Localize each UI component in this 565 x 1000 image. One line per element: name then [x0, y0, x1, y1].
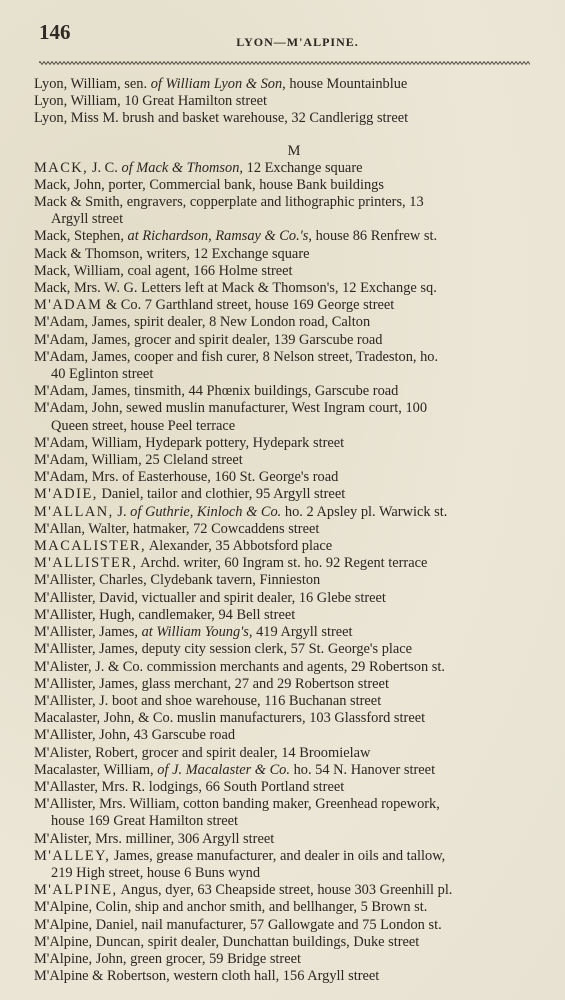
entry-rest: 10 Great Hamilton street — [124, 93, 267, 109]
entry-name: M'Allister, Mrs. William, — [34, 796, 179, 812]
entry-pre: J. C. — [92, 160, 118, 176]
entry-name: M'Allaster, Mrs. R. — [34, 779, 145, 795]
entry-name: M'ALLISTER, — [34, 555, 137, 571]
entry-rest: commission merchants and agents, 29 Robe… — [147, 659, 445, 675]
entry-name: M'Adam, John, — [34, 400, 123, 416]
entry-rest: brush and basket warehouse, 32 Candlerig… — [122, 110, 408, 126]
entry-name: M'ALPINE, — [34, 882, 118, 898]
entry-name: Lyon, William, — [34, 93, 121, 109]
directory-entry: Macalaster, John, & Co. muslin manufactu… — [34, 710, 534, 727]
entry-name: M'ADIE, — [34, 486, 98, 502]
entry-rest: Daniel, tailor and clothier, 95 Argyll s… — [101, 486, 345, 502]
directory-entry: Lyon, William, 10 Great Hamilton street — [34, 93, 534, 110]
entry-name: Mack, Stephen, — [34, 228, 124, 244]
directory-entry: M'Allister, J. boot and shoe warehouse, … — [34, 693, 534, 710]
entry-rest: victualler and spirit dealer, 16 Glebe s… — [142, 590, 386, 606]
directory-entry: Mack, William, coal agent, 166 Holme str… — [34, 263, 534, 280]
entry-rest: nail manufacturer, 57 Gallowgate and 75 … — [141, 917, 441, 933]
directory-entry: Mack, John, porter, Commercial bank, hou… — [34, 177, 534, 194]
entry-name: Lyon, William, sen. — [34, 76, 147, 92]
entry-name: MACALISTER, — [34, 538, 146, 554]
entry-italic: of William Lyon & Son, — [151, 76, 286, 92]
entry-name: M'Adam, James, — [34, 314, 131, 330]
entry-italic: at Richardson, Ramsay & Co.'s, — [128, 228, 312, 244]
entry-rest: grocer and spirit dealer, 14 Broomielaw — [142, 745, 371, 761]
running-head: LYON—M'ALPINE. — [0, 35, 565, 50]
directory-entry: M'Allaster, Mrs. R. lodgings, 66 South P… — [34, 779, 534, 796]
directory-entry: Macalaster, William, of J. Macalaster & … — [34, 762, 534, 779]
directory-entry: M'Alpine, Colin, ship and anchor smith, … — [34, 899, 534, 916]
entry-name: M'Allister, James, — [34, 676, 138, 692]
directory-entry: M'Alpine, Duncan, spirit dealer, Dunchat… — [34, 934, 534, 951]
directory-entry: M'Adam, James, grocer and spirit dealer,… — [34, 332, 534, 349]
entry-rest: ho. 54 N. Hanover street — [294, 762, 435, 778]
entry-continuation: house 169 Great Hamilton street — [34, 813, 534, 830]
entry-name: Macalaster, John, & Co. — [34, 710, 173, 726]
directory-entry: Mack, Mrs. W. G. Letters left at Mack & … — [34, 280, 534, 297]
entry-rest: of Easterhouse, 160 St. George's road — [122, 469, 338, 485]
directory-entry: M'ADAM & Co. 7 Garthland street, house 1… — [34, 297, 534, 314]
entry-name: M'Adam, James, — [34, 349, 131, 365]
entry-rest: porter, Commercial bank, house Bank buil… — [108, 177, 384, 193]
entry-name: M'Allister, James, — [34, 624, 138, 640]
entry-rest: coal agent, 166 Holme street — [128, 263, 293, 279]
entry-name: Mack, Mrs. W. G. — [34, 280, 138, 296]
entry-rest: Letters left at Mack & Thomson's, 12 Exc… — [141, 280, 437, 296]
entry-name: M'ADAM — [34, 297, 102, 313]
directory-entry: M'Alpine & Robertson, western cloth hall… — [34, 968, 534, 985]
entries-lyon: Lyon, William, sen. of William Lyon & So… — [34, 76, 534, 128]
directory-entry: M'Alister, J. & Co. commission merchants… — [34, 659, 534, 676]
entry-name: Mack, William, — [34, 263, 124, 279]
entry-name: Mack & Thomson, — [34, 246, 143, 262]
entry-name: M'Alpine, Colin, — [34, 899, 131, 915]
entry-continuation: 219 High street, house 6 Buns wynd — [34, 865, 534, 882]
entry-italic: at William Young's, — [142, 624, 253, 640]
entry-italic: of J. Macalaster & Co. — [157, 762, 290, 778]
entry-rest: candlemaker, 94 Bell street — [138, 607, 295, 623]
directory-entry: M'ADIE, Daniel, tailor and clothier, 95 … — [34, 486, 534, 503]
directory-entry: M'Alister, Mrs. milliner, 306 Argyll str… — [34, 831, 534, 848]
directory-entries: Lyon, William, sen. of William Lyon & So… — [34, 76, 534, 985]
entry-rest: grocer and spirit dealer, 139 Garscube r… — [134, 332, 382, 348]
entry-rest: 25 Cleland street — [145, 452, 243, 468]
directory-entry: Lyon, Miss M. brush and basket warehouse… — [34, 110, 534, 127]
entry-name: Macalaster, William, — [34, 762, 154, 778]
directory-entry: M'Adam, Mrs. of Easterhouse, 160 St. Geo… — [34, 469, 534, 486]
entry-rest: spirit dealer, Dunchattan buildings, Duk… — [148, 934, 420, 950]
entries-m: MACK, J. C. of Mack & Thomson, 12 Exchan… — [34, 160, 534, 986]
directory-entry: MACK, J. C. of Mack & Thomson, 12 Exchan… — [34, 160, 534, 177]
directory-entry: M'Adam, James, spirit dealer, 8 New Lond… — [34, 314, 534, 331]
entry-rest: ho. 2 Apsley pl. Warwick st. — [285, 504, 447, 520]
directory-entry: M'Alpine, John, green grocer, 59 Bridge … — [34, 951, 534, 968]
directory-entry: Mack & Smith, engravers, copperplate and… — [34, 194, 534, 211]
entry-rest: ship and anchor smith, and bellhanger, 5… — [135, 899, 427, 915]
directory-entry: M'Allister, James, glass merchant, 27 an… — [34, 676, 534, 693]
section-letter: M — [34, 143, 534, 160]
entry-rest: sewed muslin manufacturer, West Ingram c… — [126, 400, 427, 416]
entry-rest: western cloth hall, 156 Argyll street — [173, 968, 379, 984]
directory-entry: M'ALLEY, James, grease manufacturer, and… — [34, 848, 534, 865]
directory-entry: M'Allister, James, deputy city session c… — [34, 641, 534, 658]
entry-rest: engravers, copperplate and lithographic … — [127, 194, 424, 210]
entry-rest: James, grease manufacturer, and dealer i… — [114, 848, 445, 864]
entry-name: M'Allister, James, — [34, 641, 138, 657]
entry-rest: Angus, dyer, 63 Cheapside street, house … — [120, 882, 452, 898]
entry-rest: lodgings, 66 South Portland street — [149, 779, 344, 795]
entry-rest: spirit dealer, 8 New London road, Calton — [134, 314, 370, 330]
entry-cont: 219 High street, house 6 Buns wynd — [51, 865, 260, 881]
entry-name: M'Alister, Robert, — [34, 745, 138, 761]
entry-name: M'Alister, J. & Co. — [34, 659, 143, 675]
directory-entry: M'Allister, John, 43 Garscube road — [34, 727, 534, 744]
entry-rest: & Co. 7 Garthland street, house 169 Geor… — [106, 297, 394, 313]
entry-rest: hatmaker, 72 Cowcaddens street — [133, 521, 319, 537]
directory-entry: M'ALLAN, J. of Guthrie, Kinloch & Co. ho… — [34, 504, 534, 521]
entry-continuation: Argyll street — [34, 211, 534, 228]
entry-name: Mack, John, — [34, 177, 105, 193]
entry-name: Mack & Smith, — [34, 194, 123, 210]
entry-name: M'Adam, William, — [34, 452, 142, 468]
entry-name: M'ALLEY, — [34, 848, 110, 864]
entry-name: M'Allister, John, — [34, 727, 130, 743]
entry-cont: Queen street, house Peel terrace — [51, 418, 235, 434]
directory-entry: M'Adam, James, cooper and fish curer, 8 … — [34, 349, 534, 366]
entry-rest: Archd. writer, 60 Ingram st. ho. 92 Rege… — [140, 555, 427, 571]
entry-name: M'Allan, Walter, — [34, 521, 129, 537]
entry-name: M'Alister, Mrs. — [34, 831, 122, 847]
entry-italic: of Mack & Thomson, — [122, 160, 244, 176]
entry-name: M'Adam, James, — [34, 332, 131, 348]
directory-entry: Mack & Thomson, writers, 12 Exchange squ… — [34, 246, 534, 263]
entry-rest: cotton banding maker, Greenhead ropework… — [183, 796, 440, 812]
directory-entry: M'Adam, William, 25 Cleland street — [34, 452, 534, 469]
directory-entry: M'Allister, Charles, Clydebank tavern, F… — [34, 572, 534, 589]
wavy-rule-divider — [39, 60, 530, 66]
entry-name: M'Alpine, Daniel, — [34, 917, 138, 933]
directory-entry: M'ALPINE, Angus, dyer, 63 Cheapside stre… — [34, 882, 534, 899]
directory-entry: M'Adam, James, tinsmith, 44 Phœnix build… — [34, 383, 534, 400]
entry-rest: house 86 Renfrew st. — [316, 228, 438, 244]
directory-entry: M'Allan, Walter, hatmaker, 72 Cowcaddens… — [34, 521, 534, 538]
entry-rest: 12 Exchange square — [247, 160, 363, 176]
entry-name: M'Alpine, Duncan, — [34, 934, 144, 950]
entry-name: M'Adam, James, — [34, 383, 131, 399]
entry-rest: milliner, 306 Argyll street — [126, 831, 275, 847]
entry-rest: boot and shoe warehouse, 116 Buchanan st… — [112, 693, 381, 709]
entry-name: M'Alpine & Robertson, — [34, 968, 170, 984]
directory-entry: M'Allister, Mrs. William, cotton banding… — [34, 796, 534, 813]
entry-name: M'Allister, Hugh, — [34, 607, 135, 623]
directory-entry: M'Alpine, Daniel, nail manufacturer, 57 … — [34, 917, 534, 934]
entry-continuation: Queen street, house Peel terrace — [34, 418, 534, 435]
entry-rest: Hydepark pottery, Hydepark street — [145, 435, 344, 451]
entry-rest: cooper and fish curer, 8 Nelson street, … — [134, 349, 438, 365]
entry-name: Lyon, Miss M. — [34, 110, 119, 126]
entry-name: MACK, — [34, 160, 88, 176]
entry-name: M'Allister, Charles, — [34, 572, 147, 588]
directory-entry: M'Alister, Robert, grocer and spirit dea… — [34, 745, 534, 762]
entry-italic: of Guthrie, Kinloch & Co. — [130, 504, 281, 520]
entry-name: M'Adam, William, — [34, 435, 142, 451]
directory-entry: MACALISTER, Alexander, 35 Abbotsford pla… — [34, 538, 534, 555]
directory-entry: M'Allister, James, at William Young's, 4… — [34, 624, 534, 641]
entry-rest: Clydebank tavern, Finnieston — [150, 572, 320, 588]
entry-rest: writers, 12 Exchange square — [146, 246, 309, 262]
entry-cont: Argyll street — [51, 211, 123, 227]
entry-rest: house Mountainblue — [289, 76, 407, 92]
entry-rest: green grocer, 59 Bridge street — [130, 951, 301, 967]
entry-continuation: 40 Eglinton street — [34, 366, 534, 383]
entry-rest: Alexander, 35 Abbotsford place — [149, 538, 332, 554]
directory-entry: M'Allister, David, victualler and spirit… — [34, 590, 534, 607]
entry-rest: 419 Argyll street — [256, 624, 352, 640]
entry-name: M'Allister, J. — [34, 693, 108, 709]
entry-cont: house 169 Great Hamilton street — [51, 813, 238, 829]
entry-name: M'Adam, Mrs. — [34, 469, 119, 485]
entry-rest: deputy city session clerk, 57 St. George… — [142, 641, 413, 657]
entry-name: M'Allister, David, — [34, 590, 138, 606]
directory-entry: Mack, Stephen, at Richardson, Ramsay & C… — [34, 228, 534, 245]
directory-entry: M'Adam, John, sewed muslin manufacturer,… — [34, 400, 534, 417]
directory-entry: M'Allister, Hugh, candlemaker, 94 Bell s… — [34, 607, 534, 624]
entry-name: M'Alpine, John, — [34, 951, 127, 967]
directory-entry: M'Adam, William, Hydepark pottery, Hydep… — [34, 435, 534, 452]
directory-entry: Lyon, William, sen. of William Lyon & So… — [34, 76, 534, 93]
entry-cont: 40 Eglinton street — [51, 366, 153, 382]
entry-rest: tinsmith, 44 Phœnix buildings, Garscube … — [134, 383, 398, 399]
entry-rest: muslin manufacturers, 103 Glassford stre… — [177, 710, 425, 726]
entry-name: M'ALLAN, — [34, 504, 114, 520]
entry-pre: J. — [117, 504, 126, 520]
entry-rest: glass merchant, 27 and 29 Robertson stre… — [142, 676, 389, 692]
entry-rest: 43 Garscube road — [134, 727, 236, 743]
directory-entry: M'ALLISTER, Archd. writer, 60 Ingram st.… — [34, 555, 534, 572]
